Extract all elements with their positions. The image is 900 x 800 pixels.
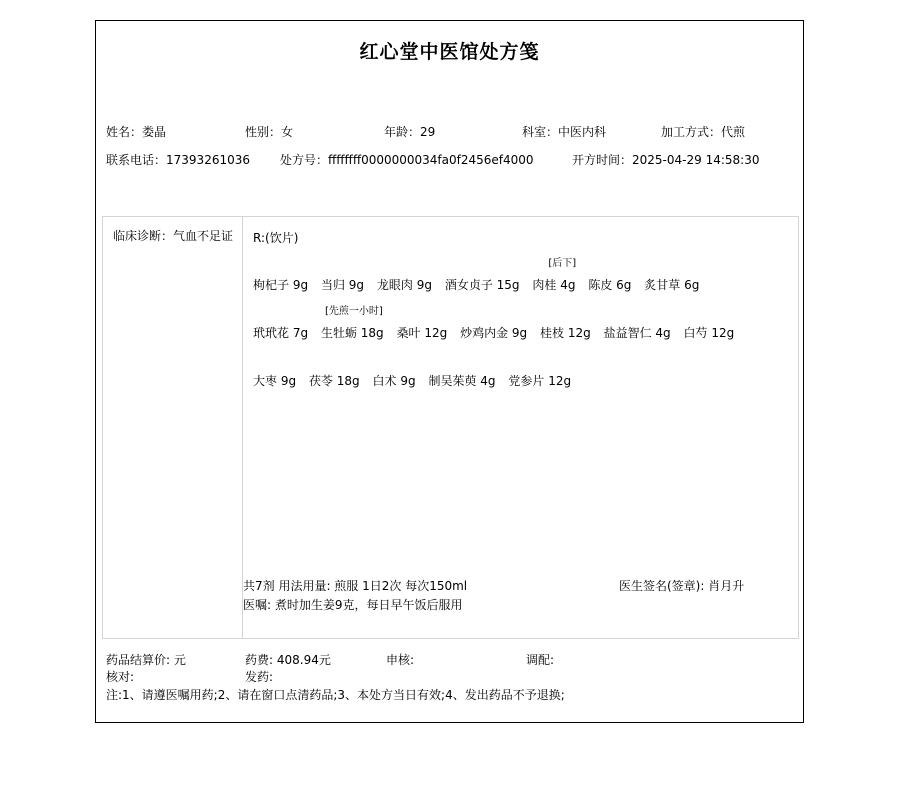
doctor-advice: 医嘱: 煮时加生姜9克，每日早午饭后服用 (243, 596, 463, 613)
process-method-label: 加工方式： (661, 125, 721, 139)
prescribe-time-label: 开方时间： (572, 153, 632, 167)
phone-label: 联系电话： (106, 153, 166, 167)
herb-item: [后下]肉桂 4g (532, 276, 575, 293)
patient-age: 年龄：29 (384, 123, 435, 140)
herb-item: 党参片 12g (508, 372, 571, 389)
issue-field: 发药: (245, 668, 273, 685)
review-field: 申核: (386, 651, 414, 668)
herb-item: 陈皮 6g (588, 276, 631, 293)
rx-header: R:(饮片) (253, 229, 298, 246)
herb-item: [先煎一小时]生牡蛎 18g (321, 324, 384, 341)
diagnosis-value: 气血不足证 (173, 229, 233, 243)
herb-item: 枸杞子 9g (253, 276, 308, 293)
herb-item: 玳玳花 7g (253, 324, 308, 341)
herb-item: 大枣 9g (253, 372, 296, 389)
herb-note: [后下] (548, 254, 576, 269)
herb-note: [先煎一小时] (325, 302, 383, 317)
patient-gender: 性别：女 (245, 123, 293, 140)
page-title: 红心堂中医馆处方笺 (96, 37, 803, 64)
herb-item: 盐益智仁 4g (604, 324, 671, 341)
herb-line-1: 枸杞子 9g 当归 9g 龙眼肉 9g 酒女贞子 15g [后下]肉桂 4g 陈… (253, 276, 708, 293)
herb-item: 白芍 12g (684, 324, 735, 341)
herb-item: 当归 9g (321, 276, 364, 293)
department: 科室：中医内科 (522, 123, 606, 140)
notice-text: 注:1、请遵医嘱用药;2、请在窗口点清药品;3、本处方当日有效;4、发出药品不予… (106, 686, 565, 703)
herb-item: 炙甘草 6g (644, 276, 699, 293)
prescribe-time-value: 2025-04-29 14:58:30 (632, 153, 759, 167)
herb-item: 酒女贞子 15g (445, 276, 520, 293)
herb-line-2: 玳玳花 7g [先煎一小时]生牡蛎 18g 桑叶 12g 炒鸡内金 9g 桂枝 … (253, 324, 743, 341)
diagnosis-label: 临床诊断： (113, 229, 173, 243)
herb-item: 桑叶 12g (397, 324, 448, 341)
column-divider (242, 217, 243, 638)
patient-age-label: 年龄： (384, 125, 420, 139)
check-field: 核对: (106, 668, 134, 685)
prescription-number-value: ffffffff0000000034fa0f2456ef4000 (328, 153, 534, 167)
phone-value: 17393261036 (166, 153, 250, 167)
doctor-signature: 医生签名(签章): 肖月升 (619, 577, 744, 594)
patient-name-label: 姓名： (106, 125, 142, 139)
prescribe-time: 开方时间：2025-04-29 14:58:30 (572, 151, 759, 168)
clinical-diagnosis: 临床诊断：气血不足证 (113, 228, 237, 245)
herb-item: 白术 9g (373, 372, 416, 389)
department-value: 中医内科 (558, 125, 606, 139)
usage-dosage: 共7剂 用法用量: 煎服 1日2次 每次150ml (243, 577, 467, 594)
herb-item: 制吴茱萸 4g (428, 372, 495, 389)
herb-line-3: 大枣 9g 茯苓 18g 白术 9g 制吴茱萸 4g 党参片 12g (253, 372, 580, 389)
phone: 联系电话：17393261036 (106, 151, 250, 168)
medicine-fee: 药费: 408.94元 (245, 651, 331, 668)
process-method: 加工方式：代煎 (661, 123, 745, 140)
dispense-field: 调配: (526, 651, 554, 668)
patient-name-value: 娄晶 (142, 125, 166, 139)
prescription-number-label: 处方号： (280, 153, 328, 167)
patient-gender-label: 性别： (245, 125, 281, 139)
patient-gender-value: 女 (281, 125, 293, 139)
prescription-body: 临床诊断：气血不足证 R:(饮片) 枸杞子 9g 当归 9g 龙眼肉 9g 酒女… (102, 216, 799, 639)
prescription-number: 处方号：ffffffff0000000034fa0f2456ef4000 (280, 151, 534, 168)
herb-item: 炒鸡内金 9g (460, 324, 527, 341)
settlement-price: 药品结算价: 元 (106, 651, 186, 668)
process-method-value: 代煎 (721, 125, 745, 139)
herb-item: 桂枝 12g (540, 324, 591, 341)
patient-name: 姓名：娄晶 (106, 123, 166, 140)
prescription-sheet: 红心堂中医馆处方笺 姓名：娄晶 性别：女 年龄：29 科室：中医内科 加工方式：… (95, 20, 804, 723)
department-label: 科室： (522, 125, 558, 139)
herb-item: 茯苓 18g (309, 372, 360, 389)
patient-age-value: 29 (420, 125, 435, 139)
herb-item: 龙眼肉 9g (377, 276, 432, 293)
